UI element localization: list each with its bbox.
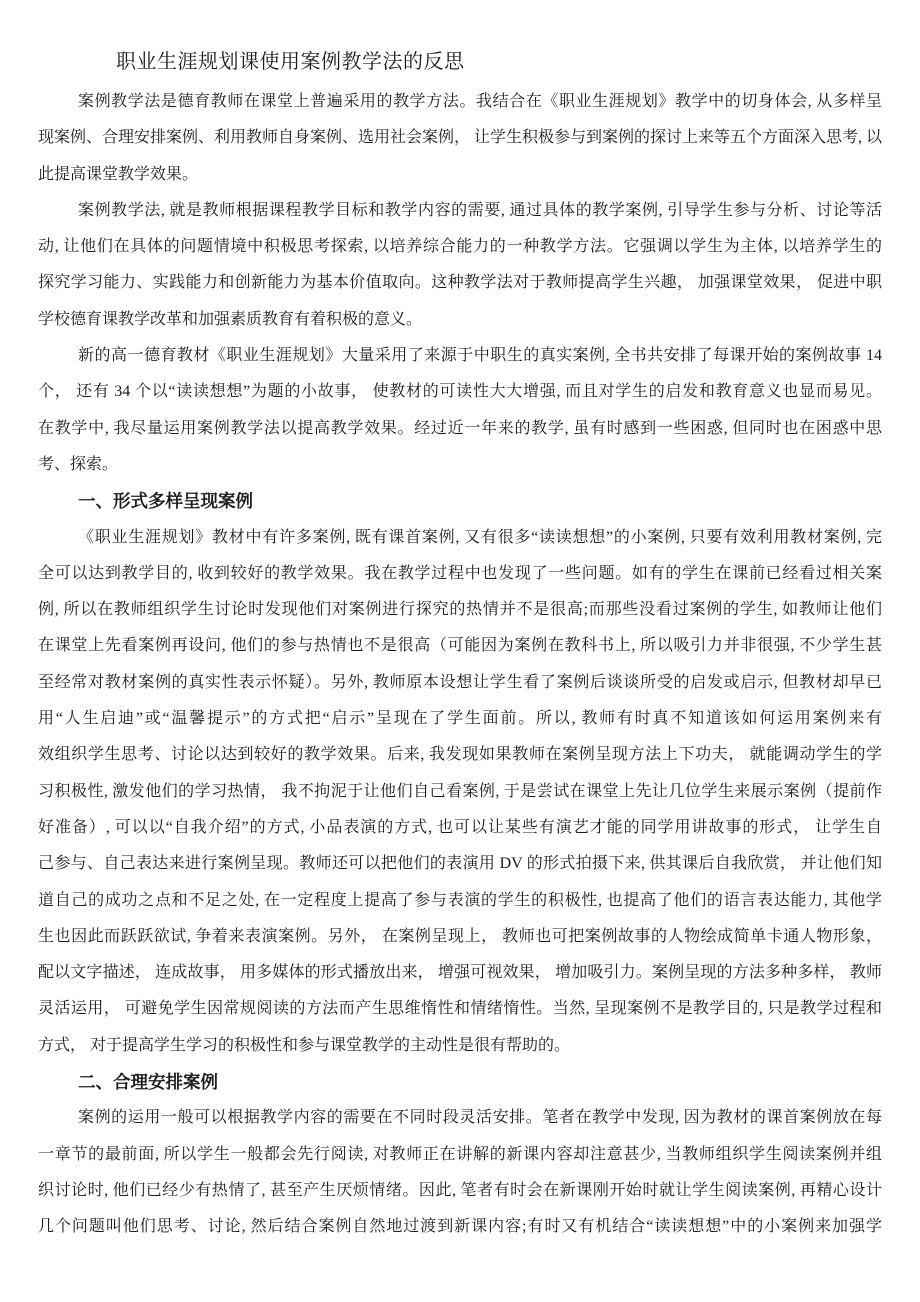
text-line: 新的高一德育教材《职业生涯规划》大量采用了来源于中职生的真实案例, 全书共安排了… xyxy=(38,338,882,374)
text-line: 此提高课堂教学效果。 xyxy=(38,157,882,193)
text-line: 效组织学生思考、讨论以达到较好的教学效果。后来, 我发现如果教师在案例呈现方法上… xyxy=(38,737,882,773)
text-line: 灵活运用， 可避免学生因常规阅读的方法而产生思维惰性和情绪惰性。当然, 呈现案例… xyxy=(38,991,882,1027)
text-line: 现案例、合理安排案例、利用教师自身案例、选用社会案例， 让学生积极参与到案例的探… xyxy=(38,120,882,156)
text-line: 例, 所以在教师组织学生讨论时发现他们对案例进行探究的热情并不是很高;而那些没看… xyxy=(38,592,882,628)
text-line: 几个问题叫他们思考、讨论, 然后结合案例自然地过渡到新课内容;有时又有机结合“读… xyxy=(38,1209,882,1245)
text-line: 道自己的成功之点和不足之处, 在一定程度上提高了参与表演的学生的积极性, 也提高… xyxy=(38,883,882,919)
text-line: 考、探索。 xyxy=(38,447,882,483)
text-line: 至经常对教材案例的真实性表示怀疑）。另外, 教师原本设想让学生看了案例后谈谈所受… xyxy=(38,665,882,701)
text-line: 生也因此而跃跃欲试, 争着来表演案例。另外， 在案例呈现上， 教师也可把案例故事… xyxy=(38,919,882,955)
text-line: 学校德育课教学改革和加强素质教育有着积极的意义。 xyxy=(38,302,882,338)
text-line: 全可以达到教学目的, 收到较好的教学效果。我在教学过程中也发现了一些问题。如有的… xyxy=(38,556,882,592)
text-line: 织讨论时, 他们已经少有热情了, 甚至产生厌烦情绪。因此, 笔者有时会在新课刚开… xyxy=(38,1173,882,1209)
text-line: 案例教学法是德育教师在课堂上普遍采用的教学方法。我结合在《职业生涯规划》教学中的… xyxy=(38,84,882,120)
text-line: 习积极性, 激发他们的学习热情， 我不拘泥于让他们自己看案例, 于是尝试在课堂上… xyxy=(38,774,882,810)
document-page: 职业生涯规划课使用案例教学法的反思案例教学法是德育教师在课堂上普遍采用的教学方法… xyxy=(0,0,920,1302)
text-line: 动, 让他们在具体的问题情境中积极思考探索, 以培养综合能力的一种教学方法。它强… xyxy=(38,229,882,265)
text-line: 己参与、自己表达来进行案例呈现。教师还可以把他们的表演用 DV 的形式拍摄下来,… xyxy=(38,846,882,882)
text-line: 《职业生涯规划》教材中有许多案例, 既有课首案例, 又有很多“读读想想”的小案例… xyxy=(38,520,882,556)
text-line: 探究学习能力、实践能力和创新能力为基本价值取向。这种教学法对于教师提高学生兴趣，… xyxy=(38,265,882,301)
text-line: 案例教学法, 就是教师根据课程教学目标和教学内容的需要, 通过具体的教学案例, … xyxy=(38,193,882,229)
text-line: 配以文字描述， 连成故事， 用多媒体的形式播放出来， 增强可视效果， 增加吸引力… xyxy=(38,955,882,991)
text-line: 在教学中, 我尽量运用案例教学法以提高教学效果。经过近一年来的教学, 虽有时感到… xyxy=(38,411,882,447)
text-line: 在课堂上先看案例再设问, 他们的参与热情也不是很高（可能因为案例在教科书上, 所… xyxy=(38,628,882,664)
section-heading: 一、形式多样呈现案例 xyxy=(38,483,882,519)
text-line: 好准备）, 可以以“自我介绍”的方式, 小品表演的方式, 也可以让某些有演艺才能… xyxy=(38,810,882,846)
section-heading: 二、合理安排案例 xyxy=(38,1064,882,1100)
text-line: 个， 还有 34 个以“读读想想”为题的小故事， 使教材的可读性大大增强, 而且… xyxy=(38,374,882,410)
text-line: 方式， 对于提高学生学习的积极性和参与课堂教学的主动性是很有帮助的。 xyxy=(38,1028,882,1064)
text-line: 案例的运用一般可以根据教学内容的需要在不同时段灵活安排。笔者在教学中发现, 因为… xyxy=(38,1100,882,1136)
text-line: 一章节的最前面, 所以学生一般都会先行阅读, 对教师正在讲解的新课内容却注意甚少… xyxy=(38,1137,882,1173)
text-line: 用“人生启迪”或“温馨提示”的方式把“启示”呈现在了学生面前。所以, 教师有时真… xyxy=(38,701,882,737)
document-body: 职业生涯规划课使用案例教学法的反思案例教学法是德育教师在课堂上普遍采用的教学方法… xyxy=(38,40,882,1246)
document-title: 职业生涯规划课使用案例教学法的反思 xyxy=(38,40,882,84)
